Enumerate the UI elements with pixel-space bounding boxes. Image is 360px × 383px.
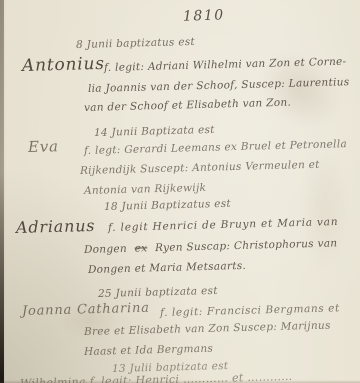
year-heading: 1810 <box>183 7 225 24</box>
entry-1-line-1: f. legit: Adriani Wilhelmi van Zon et Co… <box>104 56 347 74</box>
entry-2-date-line: 14 Junii Baptizata est <box>94 124 215 139</box>
entry-4-name: Joanna Catharina <box>22 301 150 319</box>
entry-1-date-line: 8 Junii baptizatus est <box>76 36 195 51</box>
entry-1-name: Antonius <box>22 54 105 76</box>
entry-4-line-1: f. legit: Francisci Bergmans et <box>160 302 340 319</box>
entry-2-name: Eva <box>28 137 59 156</box>
entry-3-line-3: Dongen et Maria Metsaarts. <box>88 260 246 276</box>
entry-3-date-line: 18 Junii Baptizatus est <box>104 198 231 213</box>
entry-1-line-3: van der Schoof et Elisabeth van Zon. <box>84 97 291 114</box>
entry-3-line-2-text: Ryen Suscap: Christophorus van <box>155 237 338 254</box>
entry-2-line-1: f. legt: Gerardi Leemans ex Bruel et Pet… <box>84 138 347 157</box>
entry-3-line-2: Dongen ex Ryen Suscap: Christophorus van <box>84 237 338 256</box>
manuscript-page: 1810 8 Junii baptizatus est Antonius f. … <box>0 0 360 383</box>
entry-3-name: Adrianus <box>16 216 96 237</box>
entry-3-line-2-text: Dongen <box>84 243 127 256</box>
handwriting-layer: 1810 8 Junii baptizatus est Antonius f. … <box>0 0 360 383</box>
entry-3-line-1: f. legit Henrici de Bruyn et Maria van <box>108 216 339 234</box>
entry-4-date-line: 25 Junii baptizata est <box>98 285 218 300</box>
entry-4-line-3: Haast et Ida Bergmans <box>84 343 213 358</box>
entry-3-crossed-out-word: ex <box>134 242 147 254</box>
entry-2-line-2: Rijkendijk Suscept: Antonius Vermeulen e… <box>80 159 320 177</box>
entry-2-line-3: Antonia van Rijkewijk <box>84 182 207 197</box>
page-binding-edge <box>0 0 4 383</box>
entry-1-line-2: lia Joannis van der Schoof, Suscep: Laur… <box>88 76 350 95</box>
entry-4-line-2: Bree et Elisabeth van Zon Suscep: Marijn… <box>84 320 331 338</box>
